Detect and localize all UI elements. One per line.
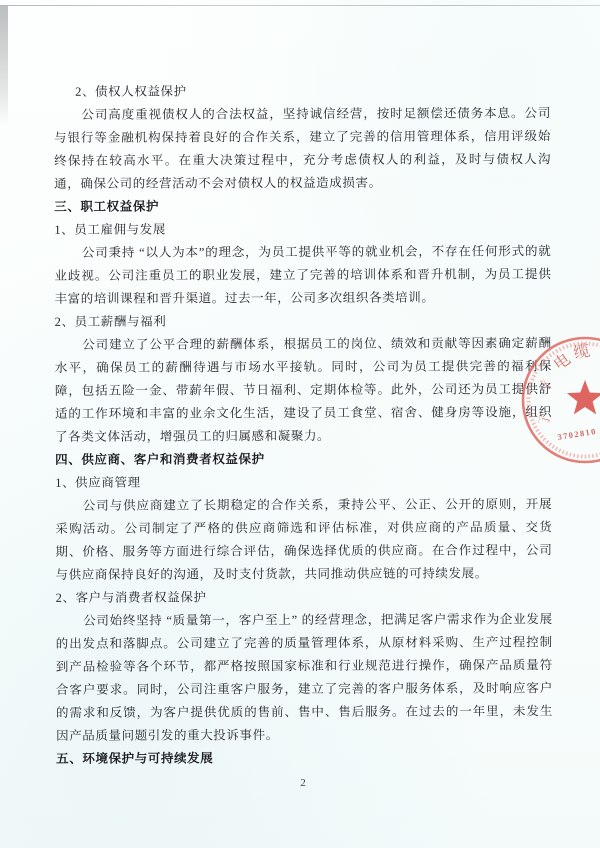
section-heading: 四、供应商、客户和消费者权益保护 <box>55 447 552 472</box>
company-seal: 电 缆 氵 了 3702810 <box>515 330 600 470</box>
page-number: 2 <box>55 777 552 789</box>
paragraph: 公司始终坚持 “质量第一，客户至上” 的经营理念，把满足客户需求作为企业发展的出… <box>56 608 553 748</box>
section-heading: 1、员工雇佣与发展 <box>54 217 551 242</box>
seal-arc-char: 缆 <box>572 342 591 363</box>
section-heading: 1、供应商管理 <box>55 470 552 495</box>
seal-partial-char: 了 <box>536 411 553 427</box>
paragraph: 公司与供应商建立了长期稳定的合作关系，秉持公平、公正、公开的原则，开展采购活动。… <box>55 493 552 587</box>
section-heading: 2、客户与消费者权益保护 <box>56 585 553 610</box>
scanned-document-page: 2、债权人权益保护公司高度重视债权人的合法权益，坚持诚信经营，按时足额偿还债务本… <box>0 0 600 848</box>
paragraph: 公司高度重视债权人的合法权益，坚持诚信经营，按时足额偿还债务本息。公司与银行等金… <box>54 102 551 196</box>
section-heading: 三、职工权益保护 <box>54 194 551 219</box>
scan-edge-left-shadow <box>0 6 8 126</box>
seal-registration-number: 3702810 <box>557 426 598 442</box>
section-heading: 2、员工薪酬与福利 <box>55 309 552 334</box>
section-heading: 五、环境保护与可持续发展 <box>56 746 553 771</box>
seal-partial-char: 氵 <box>538 372 559 392</box>
seal-star-icon <box>567 380 600 414</box>
scan-edge-top-line <box>0 5 600 6</box>
document-body: 2、债权人权益保护公司高度重视债权人的合法权益，坚持诚信经营，按时足额偿还债务本… <box>54 79 553 771</box>
paragraph: 公司建立了公平合理的薪酬体系，根据员工的岗位、绩效和贡献等因素确定薪酬水平，确保… <box>55 332 552 449</box>
section-heading: 2、债权人权益保护 <box>54 79 551 104</box>
paragraph: 公司秉持 “以人为本”的理念，为员工提供平等的就业机会，不存在任何形式的就业歧视… <box>54 240 551 311</box>
